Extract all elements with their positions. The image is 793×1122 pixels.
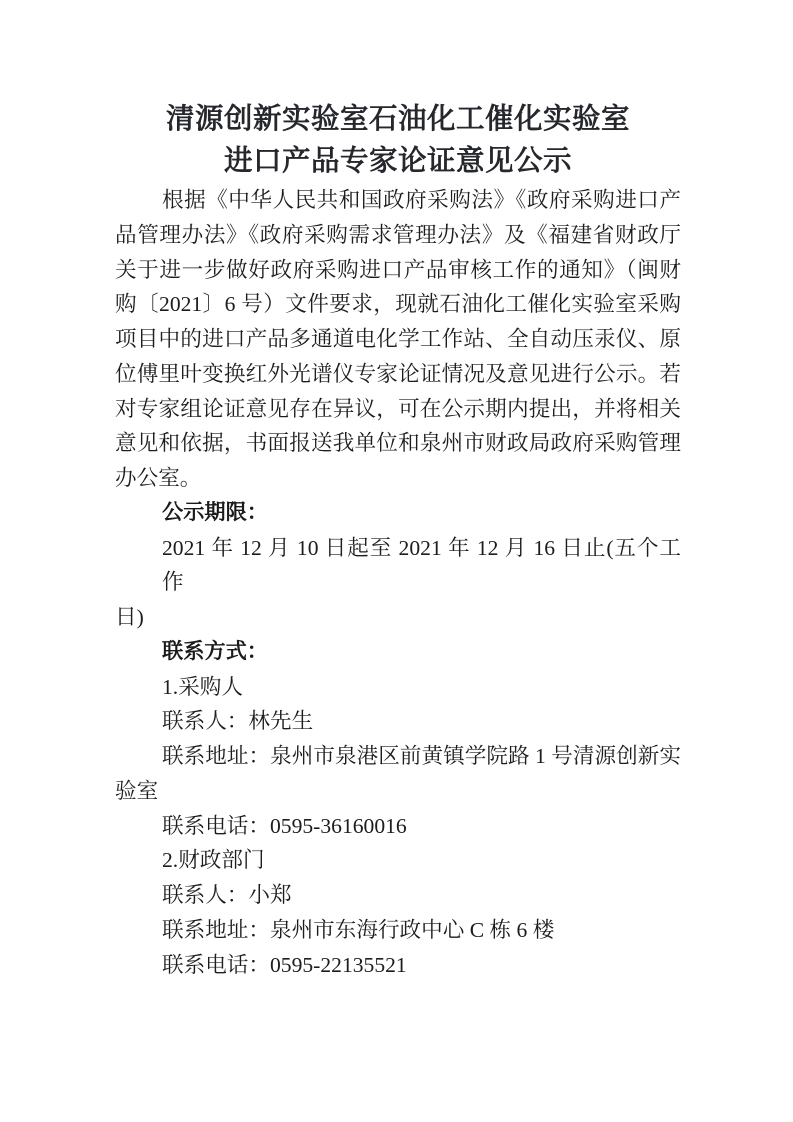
doc-line: 对专家组论证意见存在异议，可在公示期内提出，并将相关 [115,392,681,427]
doc-line: 2021 年 12 月 10 日起至 2021 年 12 月 16 日止(五个工… [115,531,681,601]
document-content: 清源创新实验室石油化工催化实验室 进口产品专家论证意见公示 根据《中华人民共和国… [115,99,681,982]
doc-title-line-2: 进口产品专家论证意见公示 [115,141,681,183]
doc-line: 关于进一步做好政府采购进口产品审核工作的通知》（闽财 [115,253,681,288]
doc-line: 日) [115,600,681,635]
doc-line: 联系地址：泉州市泉港区前黄镇学院路 1 号清源创新实 [115,739,681,774]
doc-line: 品管理办法》《政府采购需求管理办法》及《福建省财政厅 [115,218,681,253]
doc-line: 意见和依据，书面报送我单位和泉州市财政局政府采购管理 [115,426,681,461]
doc-section-heading-contact-info: 联系方式： [115,635,681,670]
doc-line: 联系电话：0595-36160016 [115,809,681,844]
doc-line: 验室 [115,774,681,809]
doc-line: 位傅里叶变换红外光谱仪专家论证情况及意见进行公示。若 [115,357,681,392]
doc-line: 购〔2021〕6 号）文件要求，现就石油化工催化实验室采购 [115,287,681,322]
doc-line: 1.采购人 [115,670,681,705]
doc-body: 根据《中华人民共和国政府采购法》《政府采购进口产 品管理办法》《政府采购需求管理… [115,183,681,982]
doc-section-heading-publicity-period: 公示期限： [115,496,681,531]
doc-line: 2.财政部门 [115,843,681,878]
doc-line: 根据《中华人民共和国政府采购法》《政府采购进口产 [115,183,681,218]
doc-title: 清源创新实验室石油化工催化实验室 进口产品专家论证意见公示 [115,99,681,183]
doc-line: 联系地址：泉州市东海行政中心 C 栋 6 楼 [115,913,681,948]
doc-title-line-1: 清源创新实验室石油化工催化实验室 [115,99,681,141]
doc-line: 联系人：小郑 [115,878,681,913]
doc-line: 办公室。 [115,461,681,496]
doc-line: 项目中的进口产品多通道电化学工作站、全自动压汞仪、原 [115,322,681,357]
doc-line: 联系人：林先生 [115,704,681,739]
doc-line: 联系电话：0595-22135521 [115,948,681,983]
document-page: 清源创新实验室石油化工催化实验室 进口产品专家论证意见公示 根据《中华人民共和国… [0,0,793,1122]
